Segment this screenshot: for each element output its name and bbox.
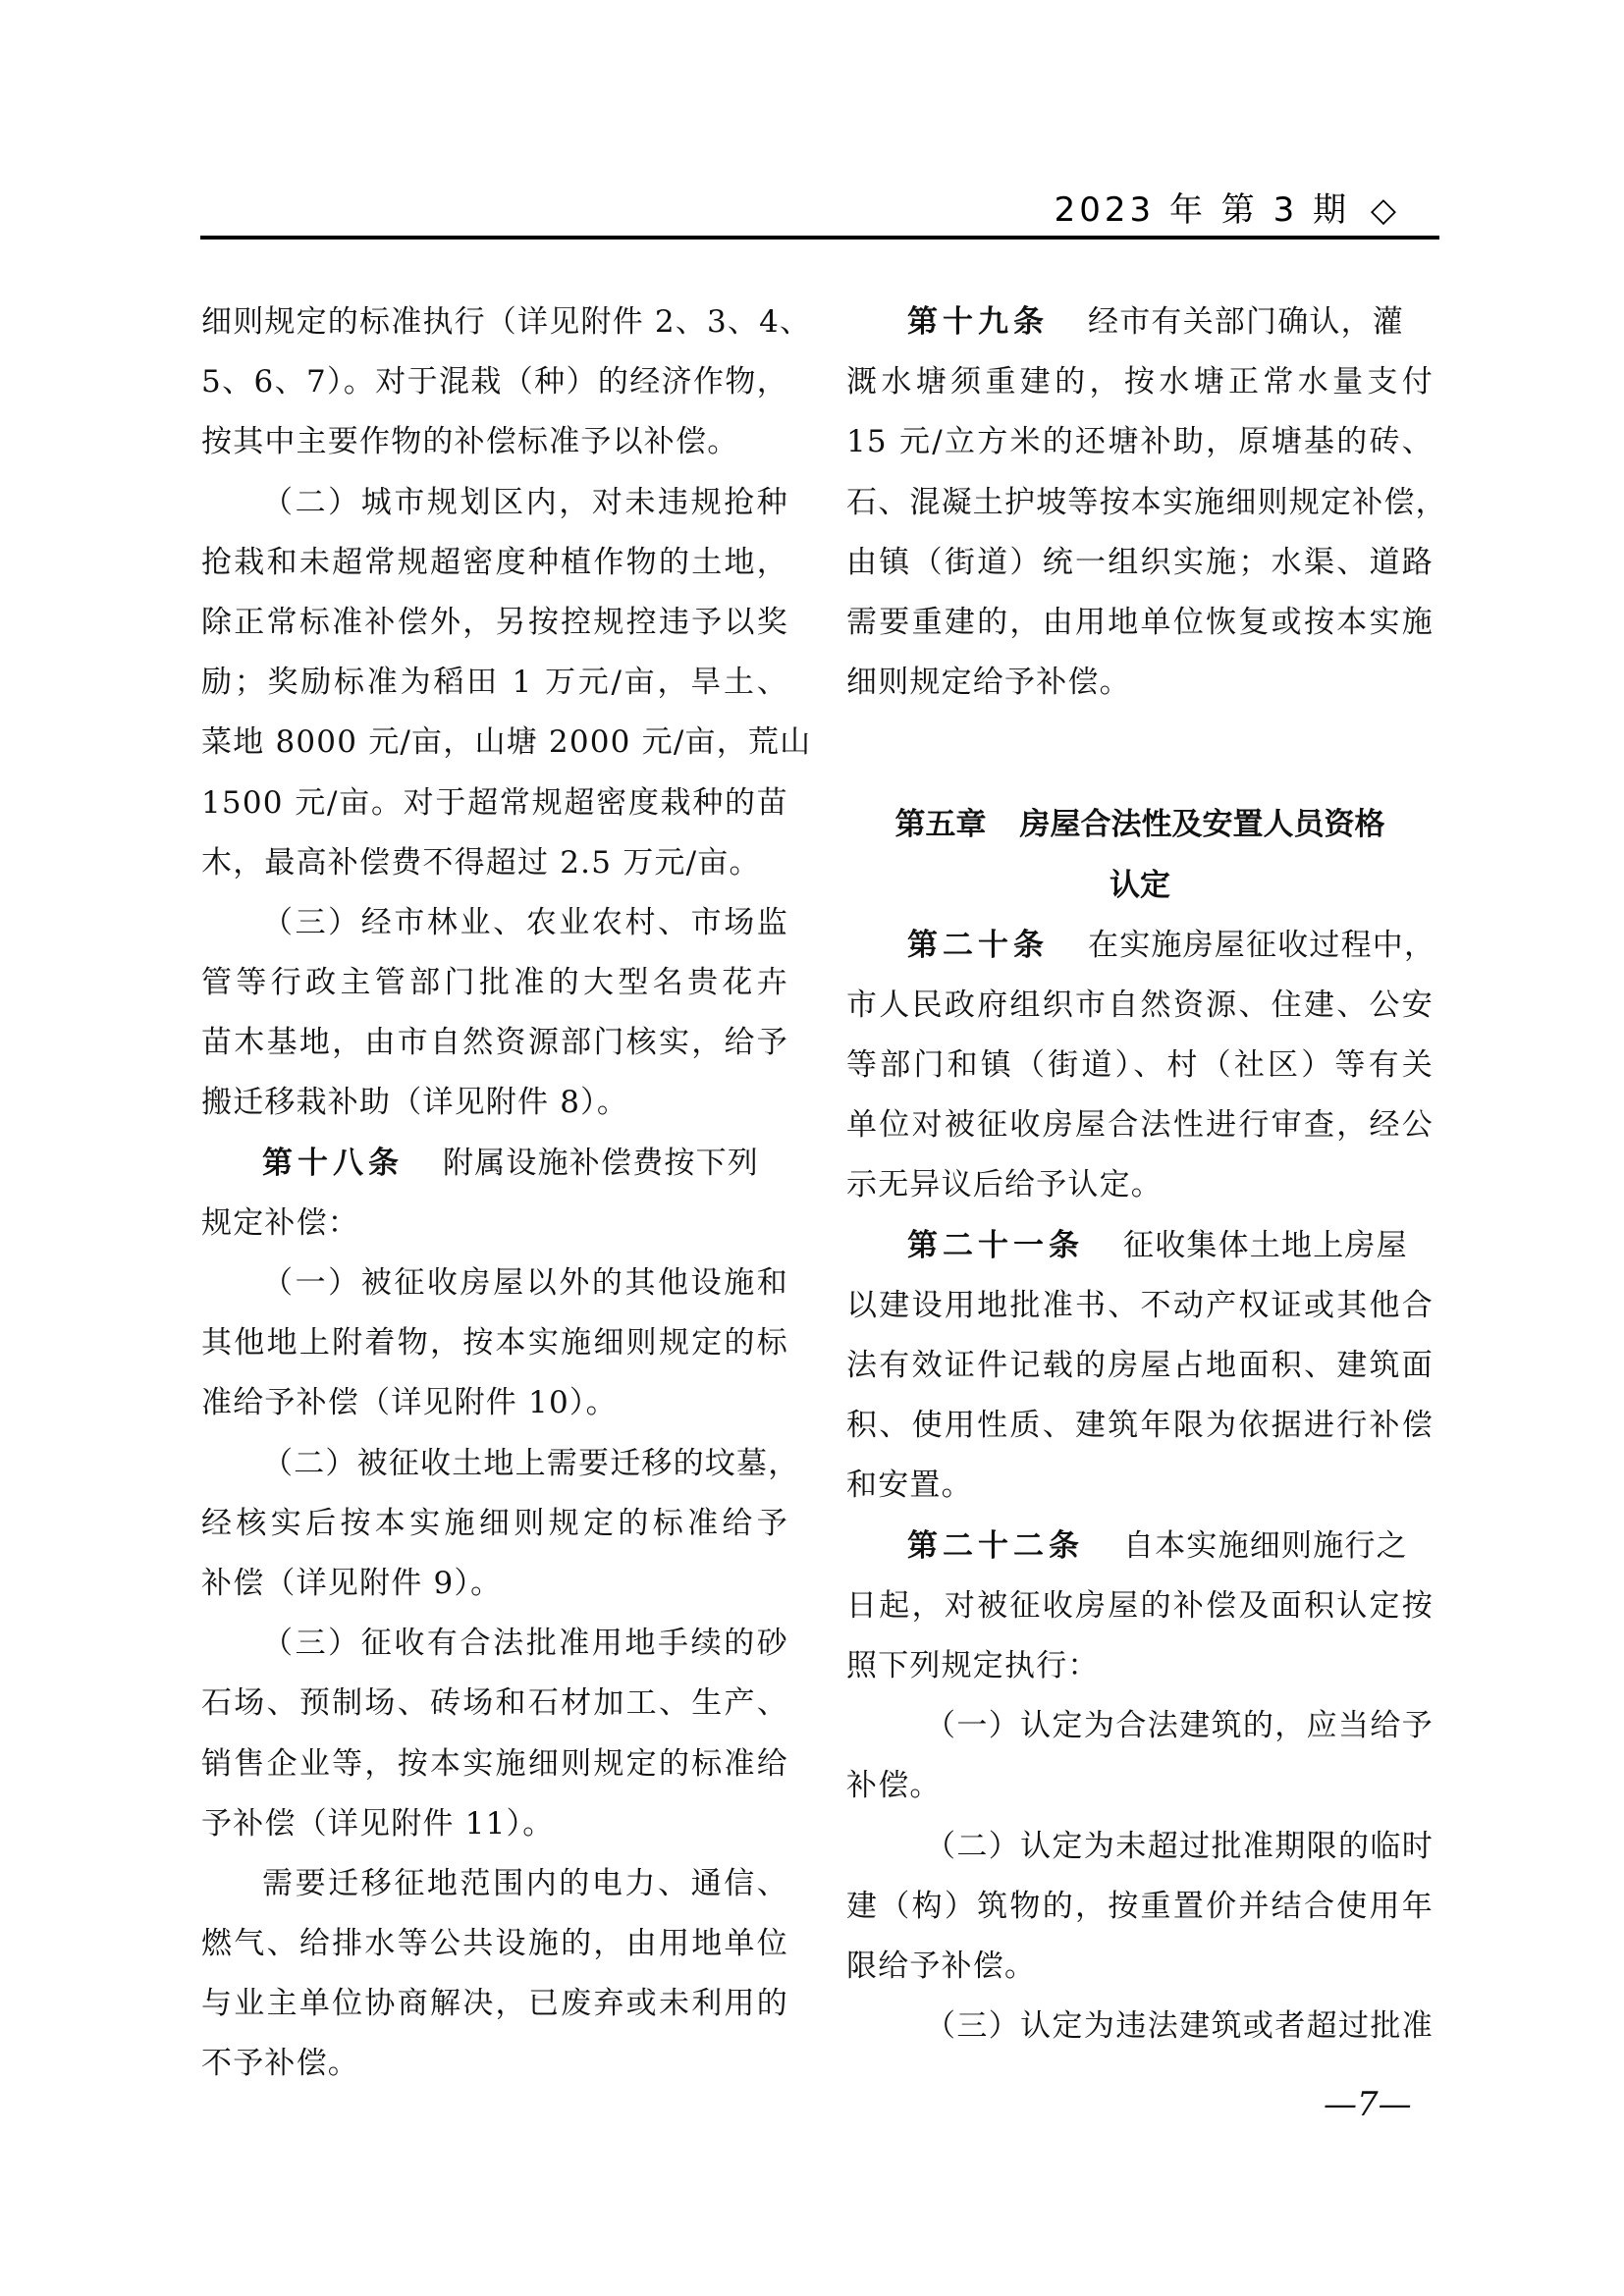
article-number: 第十八条	[262, 1146, 404, 1181]
article-number: 第二十二条	[907, 1528, 1084, 1564]
article-text: 自本实施细则施行之	[1123, 1528, 1408, 1564]
text-line: （二）被征收土地上需要迁移的坟墓，	[201, 1434, 788, 1494]
article-line: 第二十二条自本实施细则施行之	[846, 1517, 1434, 1576]
left-column: 细则规定的标准执行（详见附件 2、3、4、5、6、7）。对于混栽（种）的经济作物…	[201, 293, 790, 2095]
issue-text: 2023 年 第 3 期	[1055, 190, 1350, 230]
text-line: 以建设用地批准书、不动产权证或其他合	[846, 1276, 1434, 1336]
text-line: 菜地 8000 元/亩，山塘 2000 元/亩，荒山	[201, 713, 788, 773]
chapter-number: 第五章	[895, 807, 987, 842]
text-line: 需要迁移征地范围内的电力、通信、	[201, 1854, 788, 1914]
article-number: 第十九条	[907, 304, 1049, 340]
text-line: （一）被征收房屋以外的其他设施和	[201, 1254, 788, 1313]
text-line: （三）经市林业、农业农村、市场监	[201, 893, 788, 953]
page-number: —7—	[1324, 2085, 1412, 2124]
text-line: 规定补偿：	[201, 1194, 788, 1254]
text-line: （三）认定为违法建筑或者超过批准	[846, 1997, 1434, 2056]
article-text: 征收集体土地上房屋	[1123, 1228, 1408, 1263]
text-line: 限给予补偿。	[846, 1937, 1434, 1997]
text-line: 需要重建的，由用地单位恢复或按本实施	[846, 593, 1434, 653]
text-line: 15 元/立方米的还塘补助，原塘基的砖、	[846, 412, 1434, 472]
text-line: 除正常标准补偿外，另按控规控违予以奖	[201, 593, 788, 653]
text-line: （二）认定为未超过批准期限的临时	[846, 1817, 1434, 1877]
article-text: 附属设施补偿费按下列	[443, 1146, 759, 1181]
text-line: （一）认定为合法建筑的，应当给予	[846, 1696, 1434, 1756]
text-line: 5、6、7）。对于混栽（种）的经济作物，	[201, 352, 788, 412]
issue-label: 2023 年 第 3 期 ◇	[1055, 183, 1400, 231]
section-gap	[846, 713, 1435, 795]
text-line: 细则规定给予补偿。	[846, 653, 1434, 713]
text-line: （二）城市规划区内，对未违规抢种	[201, 473, 788, 533]
text-line: 其他地上附着物，按本实施细则规定的标	[201, 1313, 788, 1373]
text-line: 予补偿（详见附件 11）。	[201, 1794, 788, 1854]
text-line: （三）征收有合法批准用地手续的砂	[201, 1614, 788, 1674]
text-line: 补偿（详见附件 9）。	[201, 1554, 788, 1614]
article-line: 第十九条经市有关部门确认，灌	[846, 293, 1434, 352]
text-line: 示无异议后给予认定。	[846, 1155, 1434, 1215]
text-line: 积、使用性质、建筑年限为依据进行补偿	[846, 1396, 1434, 1456]
chapter-title: 房屋合法性及安置人员资格	[1020, 807, 1385, 842]
chapter-heading: 第五章房屋合法性及安置人员资格	[846, 795, 1434, 855]
text-line: 与业主单位协商解决，已废弃或未利用的	[201, 1974, 788, 2034]
text-line: 苗木基地，由市自然资源部门核实，给予	[201, 1013, 788, 1073]
text-line: 按其中主要作物的补偿标准予以补偿。	[201, 412, 788, 472]
text-line: 和安置。	[846, 1456, 1434, 1516]
text-line: 由镇（街道）统一组织实施；水渠、道路	[846, 533, 1434, 593]
text-line: 法有效证件记载的房屋占地面积、建筑面	[846, 1336, 1434, 1396]
article-text: 经市有关部门确认，灌	[1088, 304, 1404, 340]
text-line: 经核实后按本实施细则规定的标准给予	[201, 1494, 788, 1554]
text-line: 石场、预制场、砖场和石材加工、生产、	[201, 1674, 788, 1734]
article-line: 第二十条在实施房屋征收过程中，	[846, 916, 1434, 976]
text-line: 1500 元/亩。对于超常规超密度栽种的苗	[201, 774, 788, 833]
text-line: 准给予补偿（详见附件 10）。	[201, 1373, 788, 1433]
text-line: 石、混凝土护坡等按本实施细则规定补偿，	[846, 473, 1434, 533]
text-line: 抢栽和未超常规超密度种植作物的土地，	[201, 533, 788, 593]
text-line: 不予补偿。	[201, 2034, 788, 2094]
text-line: 日起，对被征收房屋的补偿及面积认定按	[846, 1576, 1434, 1636]
diamond-icon: ◇	[1371, 190, 1400, 230]
text-line: 管等行政主管部门批准的大型名贵花卉	[201, 953, 788, 1013]
text-line: 照下列规定执行：	[846, 1636, 1434, 1696]
article-number: 第二十一条	[907, 1228, 1084, 1263]
text-line: 市人民政府组织市自然资源、住建、公安	[846, 976, 1434, 1036]
text-line: 溉水塘须重建的，按水塘正常水量支付	[846, 352, 1434, 412]
text-line: 销售企业等，按本实施细则规定的标准给	[201, 1735, 788, 1794]
article-number: 第二十条	[907, 928, 1049, 963]
text-line: 燃气、给排水等公共设施的，由用地单位	[201, 1914, 788, 1974]
text-line: 励；奖励标准为稻田 1 万元/亩，旱土、	[201, 653, 788, 713]
text-line: 等部门和镇（街道）、村（社区）等有关	[846, 1036, 1434, 1095]
page-header: 2023 年 第 3 期 ◇	[200, 177, 1439, 240]
chapter-heading-continued: 认定	[846, 856, 1434, 916]
article-line: 第二十一条征收集体土地上房屋	[846, 1216, 1434, 1276]
text-line: 补偿。	[846, 1756, 1434, 1816]
text-line: 细则规定的标准执行（详见附件 2、3、4、	[201, 293, 788, 352]
text-line: 单位对被征收房屋合法性进行审查，经公	[846, 1095, 1434, 1155]
text-line: 建（构）筑物的，按重置价并结合使用年	[846, 1877, 1434, 1937]
text-line: 木，最高补偿费不得超过 2.5 万元/亩。	[201, 833, 788, 893]
text-line: 搬迁移栽补助（详见附件 8）。	[201, 1073, 788, 1133]
article-line: 第十八条附属设施补偿费按下列	[201, 1134, 788, 1194]
article-text: 在实施房屋征收过程中，	[1088, 928, 1435, 963]
right-column: 第十九条经市有关部门确认，灌溉水塘须重建的，按水塘正常水量支付15 元/立方米的…	[846, 293, 1435, 2056]
